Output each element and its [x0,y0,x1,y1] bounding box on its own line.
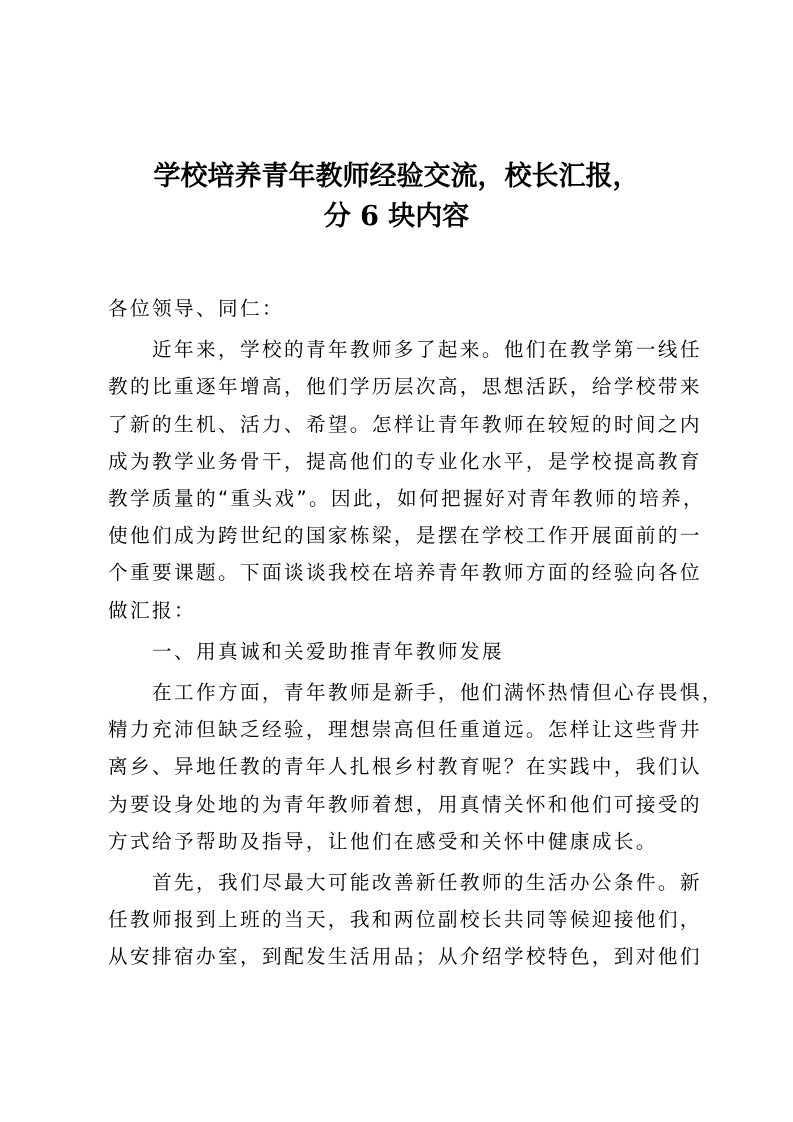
paragraph-line: 精力充沛但缺乏经验，理想崇高但任重道远。怎样让这些背井 [108,711,686,748]
paragraph-line: 教的比重逐年增高，他们学历层次高，思想活跃，给学校带来 [108,368,686,405]
document-body: 各位领导、同仁： 近年来，学校的青年教师多了起来。他们在教学第一线任 教的比重逐… [108,290,686,976]
section-paragraph-1: 在工作方面，青年教师是新手，他们满怀热情但心存畏惧， 精力充沛但缺乏经验，理想崇… [108,674,686,860]
paragraph-line: 离乡、异地任教的青年人扎根乡村教育呢？在实践中，我们认 [108,748,686,785]
title-line-1: 学校培养青年教师经验交流，校长汇报， [90,157,703,197]
paragraph-line: 做汇报： [108,592,686,629]
paragraph-line: 方式给予帮助及指导，让他们在感受和关怀中健康成长。 [108,823,686,860]
paragraph-line: 个重要课题。下面谈谈我校在培养青年教师方面的经验向各位 [108,554,686,591]
salutation: 各位领导、同仁： [108,290,686,327]
paragraph-line: 任教师报到上班的当天，我和两位副校长共同等候迎接他们， [108,901,686,938]
paragraph-line: 使他们成为跨世纪的国家栋梁，是摆在学校工作开展面前的一 [108,517,686,554]
section-heading: 一、用真诚和关爱助推青年教师发展 [108,633,686,670]
section-paragraph-2: 首先，我们尽最大可能改善新任教师的生活办公条件。新 任教师报到上班的当天，我和两… [108,864,686,976]
document-page: 学校培养青年教师经验交流，校长汇报， 分 6 块内容 各位领导、同仁： 近年来，… [0,0,793,1122]
document-title: 学校培养青年教师经验交流，校长汇报， 分 6 块内容 [90,157,703,237]
intro-paragraph: 近年来，学校的青年教师多了起来。他们在教学第一线任 教的比重逐年增高，他们学历层… [108,331,686,629]
paragraph-line: 成为教学业务骨干，提高他们的专业化水平，是学校提高教育 [108,443,686,480]
paragraph-line: 为要设身处地的为青年教师着想，用真情关怀和他们可接受的 [108,786,686,823]
paragraph-line: 在工作方面，青年教师是新手，他们满怀热情但心存畏惧， [108,674,686,711]
paragraph-line: 首先，我们尽最大可能改善新任教师的生活办公条件。新 [108,864,686,901]
paragraph-line: 近年来，学校的青年教师多了起来。他们在教学第一线任 [108,331,686,368]
paragraph-line: 了新的生机、活力、希望。怎样让青年教师在较短的时间之内 [108,406,686,443]
title-line-2: 分 6 块内容 [90,197,703,237]
paragraph-line: 教学质量的“重头戏”。因此，如何把握好对青年教师的培养， [108,480,686,517]
paragraph-line: 从安排宿办室，到配发生活用品；从介绍学校特色，到对他们 [108,938,686,975]
